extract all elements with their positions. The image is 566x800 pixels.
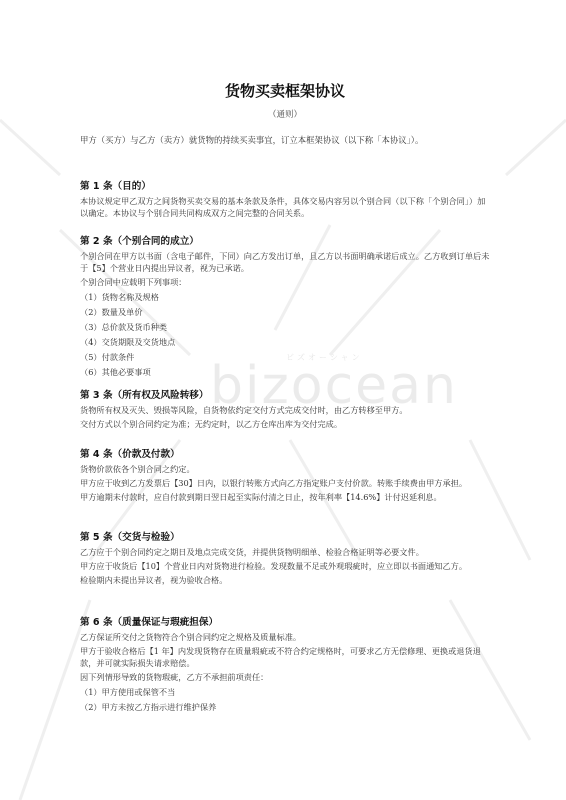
article-2: 第 2 条（个别合同的成立） 个别合同在甲方以书面（含电子邮件，下同）向乙方发出…: [80, 233, 490, 380]
document-intro: 甲方（买方）与乙方（卖方）就货物的持续买卖事宜，订立本框架协议（以下称「本协议」…: [80, 134, 500, 146]
article-paragraph: 因下列情形导致的货物瑕疵，乙方不承担前项责任：: [80, 671, 490, 683]
list-item: （1）甲方使用或保管不当: [80, 685, 490, 700]
article-4: 第 4 条（价款及付款） 货物价款依各个别合同之约定。 甲方应于收到乙方发票后【…: [80, 446, 490, 505]
article-heading: 第 4 条（价款及付款）: [80, 446, 490, 460]
article-paragraph: 交付方式以个别合同约定为准；无约定时，以乙方仓库出库为交付完成。: [80, 418, 490, 430]
list-item: （3）总价款及货币种类: [80, 320, 490, 335]
article-3: 第 3 条（所有权及风险转移） 货物所有权及灭失、毁损等风险，自货物依约定交付方…: [80, 387, 490, 432]
article-paragraph: 货物所有权及灭失、毁损等风险，自货物依约定交付方式完成交付时，由乙方转移至甲方。: [80, 404, 490, 416]
article-paragraph: 甲方应于收到乙方发票后【30】日内，以银行转账方式向乙方指定账户支付价款。转账手…: [80, 477, 490, 489]
document-title: 货物买卖框架协议: [80, 80, 490, 101]
article-paragraph: 个别合同中应载明下列事项：: [80, 276, 490, 288]
list-item: （6）其他必要事项: [80, 365, 490, 380]
article-heading: 第 5 条（交货与检验）: [80, 529, 490, 543]
article-paragraph: 乙方应于个别合同约定之期日及地点完成交货，并提供货物明细单、检验合格证明等必要文…: [80, 546, 490, 558]
list-item: （4）交货期限及交货地点: [80, 335, 490, 350]
article-heading: 第 6 条（质量保证与瑕疵担保）: [80, 614, 490, 628]
article-paragraph: 个别合同在甲方以书面（含电子邮件，下同）向乙方发出订单，且乙方以书面明确承诺后成…: [80, 250, 490, 274]
article-paragraph: 甲方应于收货后【10】个营业日内对货物进行检验。发现数量不足或外观瑕疵时，应立即…: [80, 560, 490, 572]
article-heading: 第 3 条（所有权及风险转移）: [80, 387, 490, 401]
article-6: 第 6 条（质量保证与瑕疵担保） 乙方保证所交付之货物符合个别合同约定之规格及质…: [80, 614, 490, 715]
article-paragraph: 检验期内未提出异议者，视为验收合格。: [80, 574, 490, 586]
article-paragraph: 乙方保证所交付之货物符合个别合同约定之规格及质量标准。: [80, 631, 490, 643]
article-paragraph: 甲方逾期未付款时，应自付款到期日翌日起至实际付清之日止，按年利率【14.6%】计…: [80, 491, 490, 503]
list-item: （2）数量及单价: [80, 305, 490, 320]
article-1: 第 1 条（目的） 本协议规定甲乙双方之间货物买卖交易的基本条款及条件，具体交易…: [80, 178, 490, 221]
list-item: （1）货物名称及规格: [80, 290, 490, 305]
list-item: （2）甲方未按乙方指示进行维护保养: [80, 700, 490, 715]
article-paragraph: 本协议规定甲乙双方之间货物买卖交易的基本条款及条件，具体交易内容另以个别合同（以…: [80, 195, 490, 219]
article-paragraph: 甲方于验收合格后【1 年】内发现货物存在质量瑕疵或不符合约定规格时，可要求乙方无…: [80, 645, 490, 669]
article-5: 第 5 条（交货与检验） 乙方应于个别合同约定之期日及地点完成交货，并提供货物明…: [80, 529, 490, 588]
document-subtitle: （通则）: [80, 108, 490, 120]
list-item: （5）付款条件: [80, 350, 490, 365]
article-heading: 第 2 条（个别合同的成立）: [80, 233, 490, 247]
article-paragraph: 货物价款依各个别合同之约定。: [80, 463, 490, 475]
article-heading: 第 1 条（目的）: [80, 178, 490, 192]
